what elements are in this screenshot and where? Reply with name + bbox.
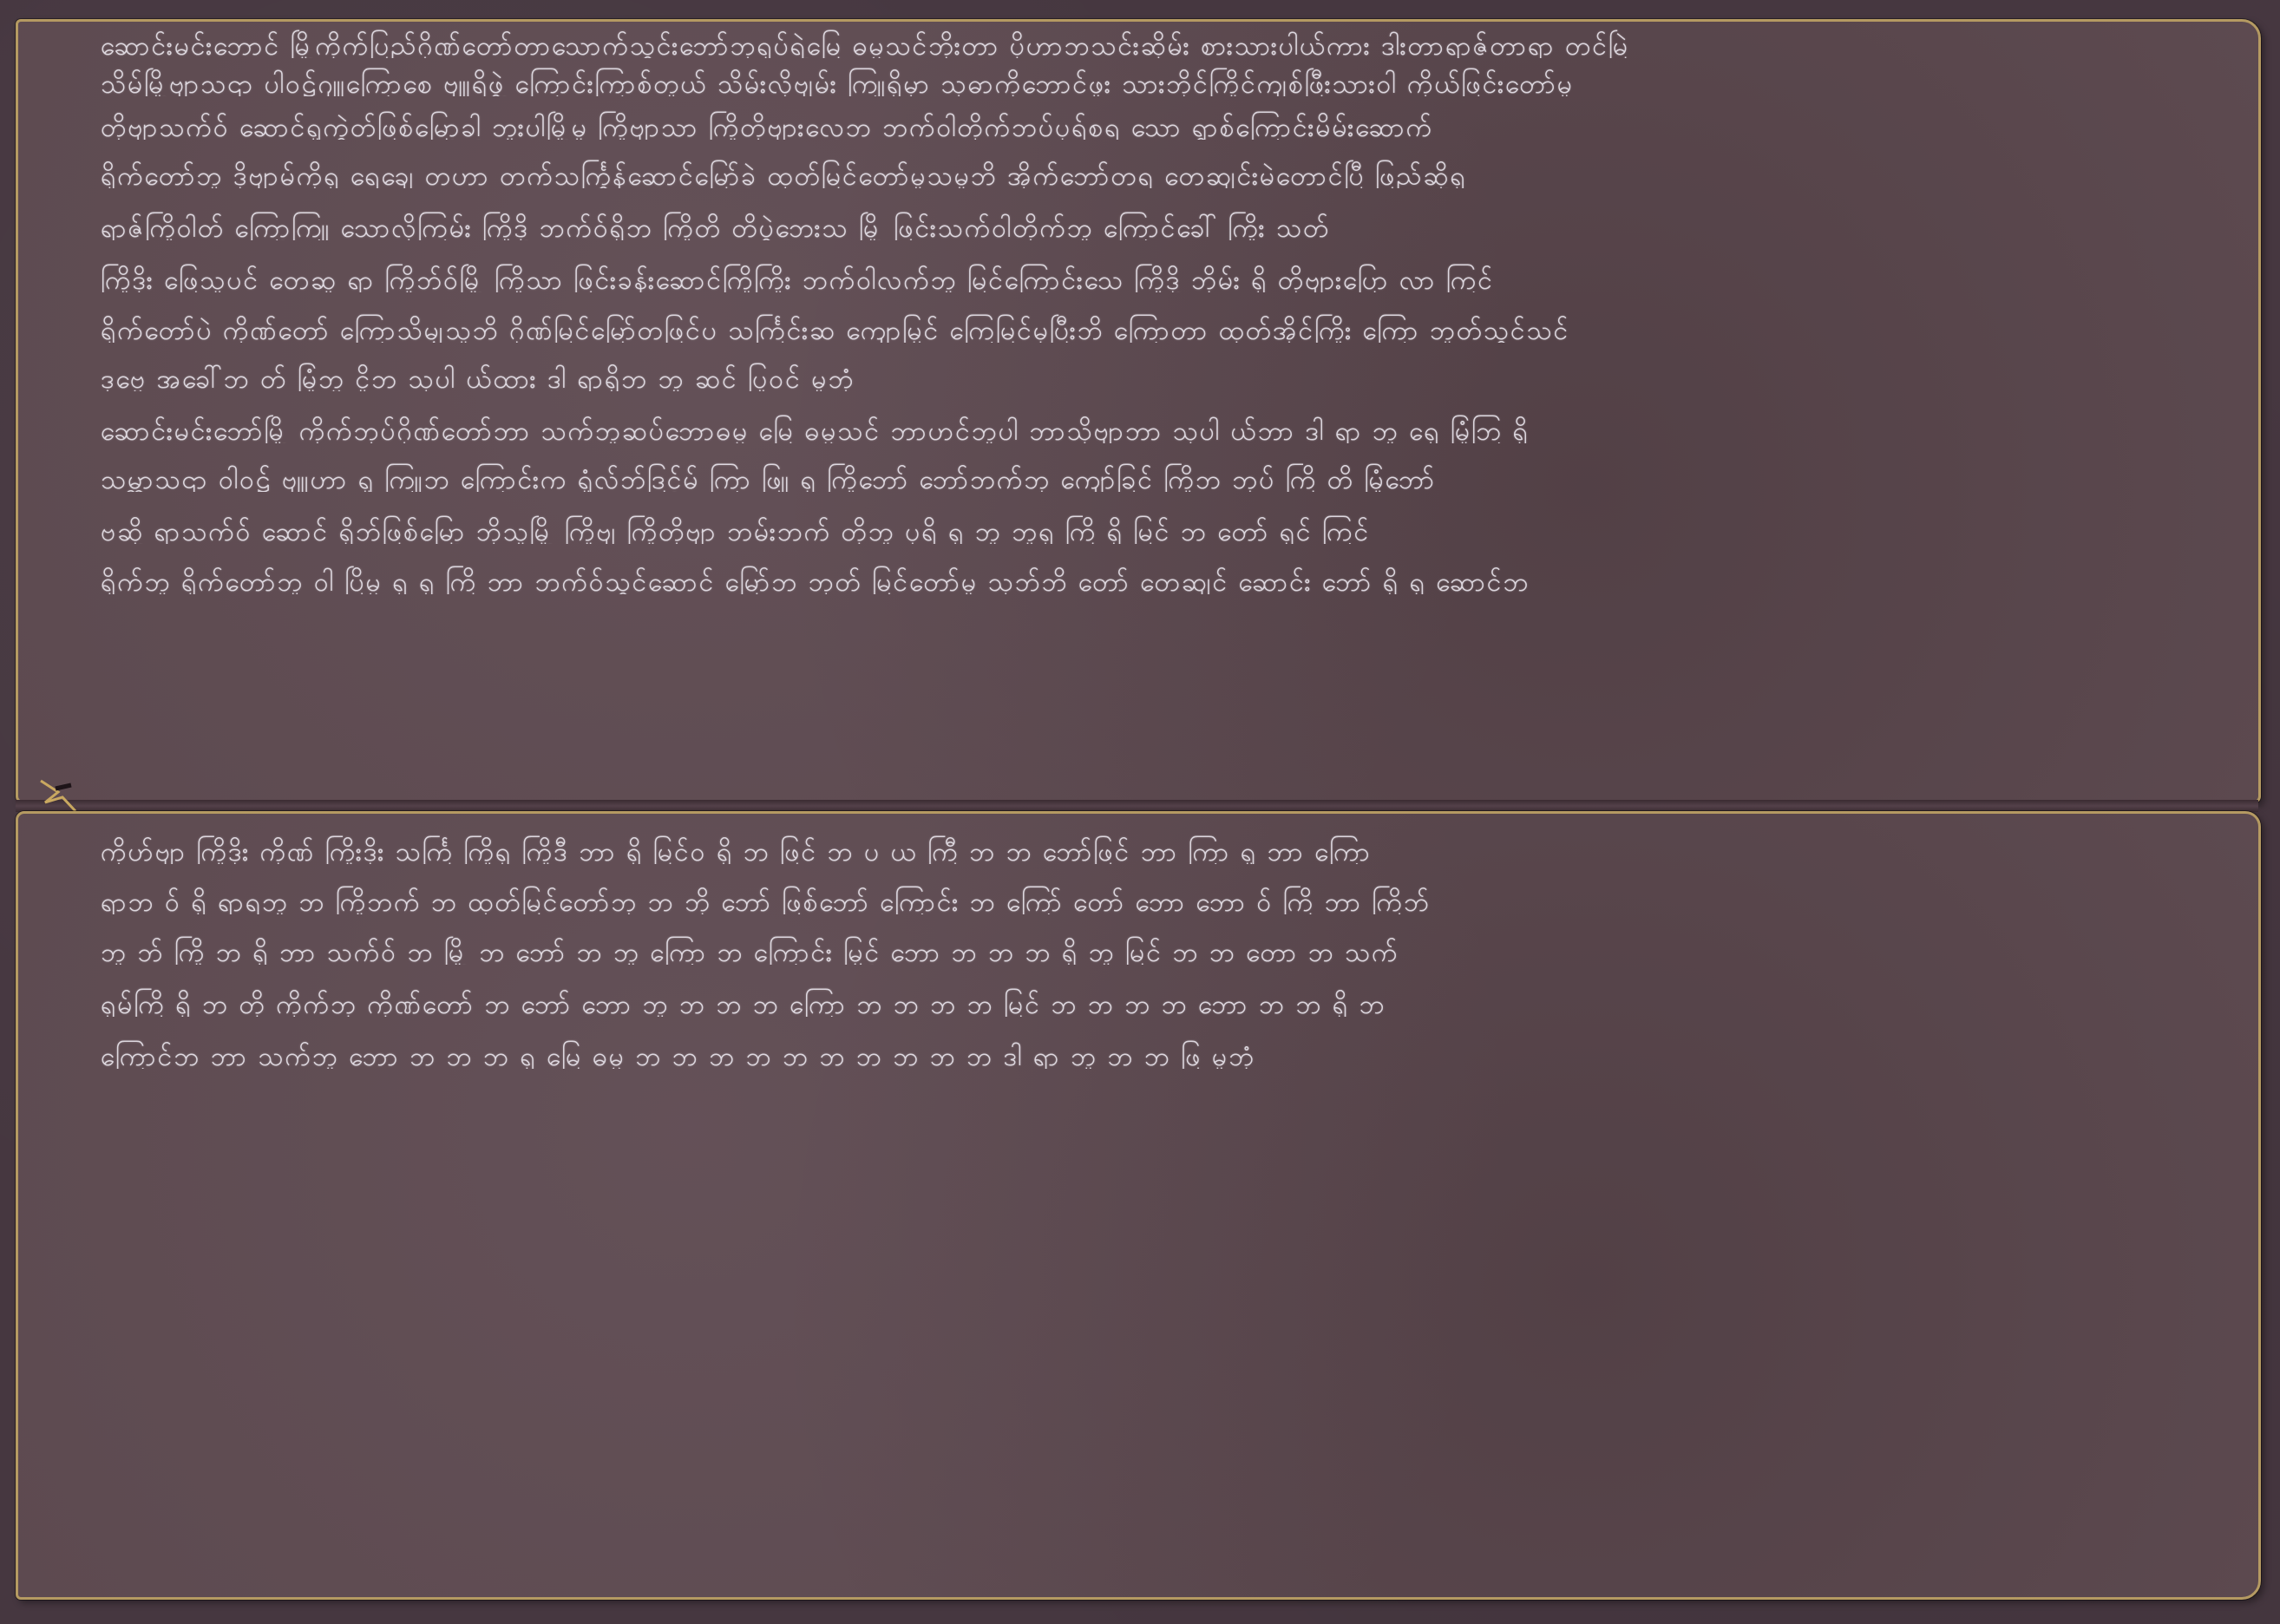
text-line: ရိုက်တော်ပဲ ကိုဏ်တော် ကြောသိမျှသူဘိ ဂိုဏ… <box>101 313 2198 343</box>
text-line: ရာဘ ဝ် ရှိ ရာရဘူ ဘ ကြိုဘက် ဘ ထုတ်မြင်တော… <box>101 885 2198 914</box>
text-line: ရာဇ်ကြိုဝါတ် ကြော့ကြူ သောလိုကြမ်း ကြိုဒိ… <box>101 211 2198 240</box>
text-line: ကြောင်ဘ ဘာ သက်ဘူ ဘော ဘ ဘ ဘ ရှ မြေ ဓမ္မ ဘ… <box>101 1039 2198 1069</box>
text-line <box>101 617 2198 646</box>
text-line: ရှမ်ကြိ ရှိ ဘ တို ကိုက်ဘု ကိုဏ်တော် ဘ ဘေ… <box>101 987 2198 1017</box>
text-line <box>101 669 2198 698</box>
text-line: ဘူ ဘ် ကြို ဘ ရှိ ဘာ သက်ဝ် ဘ မြို့ ဘ ဘော်… <box>101 935 2198 965</box>
text-line: ဒုဗ္ဗေ အခေါ်ဘ တ် မြုံဘ္ဗ ငှိုဘ သုပါ ယ်ထာ… <box>101 362 2198 391</box>
text-line: ကြိုဒိုး ဖြေသူပင် တေဆူ ရာ ကြိုဘ်ဝ်မြို့ … <box>101 263 2198 292</box>
text-line: ဗဆို့ ရာသက်ဝ် ဆောင် ရှိဘ်ဖြစ်မြော့ ဘိုသူ… <box>101 514 2198 544</box>
text-line <box>101 1143 2198 1173</box>
text-line <box>101 1091 2198 1121</box>
manuscript-bottom-panel: ကိုဟ်ဗျာ ကြိုဒိုး ကိုဏ် ကြိုးဒိုး သင်္ကြ… <box>16 811 2261 1600</box>
text-line <box>101 721 2198 750</box>
text-line: ကိုဟ်ဗျာ ကြိုဒိုး ကိုဏ် ကြိုးဒိုး သင်္ကြ… <box>101 835 2198 864</box>
text-line: ရိုက်ဘူ ရိုက်တော်ဘူ ဝါ ပြိမ္မ ရှ ရှ ကြိ … <box>101 565 2198 594</box>
text-line: ရိုက်တော်ဘူ ဒိုဗျာမ်ကိုရှ ရေချေ တဟာ တက်သ… <box>101 159 2198 188</box>
tear-mark <box>36 776 84 815</box>
text-line: သိမ့်မြို့ဗျာသဌာ ပါဝဋ်ဂျူကြောစေ ဗျူရိဖွဲ… <box>101 67 2198 96</box>
page-fold <box>16 800 2258 812</box>
text-line: ဆောင်းမင်းဘောင် မြို့ကိုက်ပြည်ဂိုဏ်တော်တ… <box>101 29 2198 58</box>
text-line: တိုဗျာသက်ဝ် ဆောင်ရူကွဲတ်ဖြစ်မြော့ခါ့ ဘူး… <box>101 110 2198 140</box>
manuscript-top-panel: ဆောင်းမင်းဘောင် မြို့ကိုက်ပြည်ဂိုဏ်တော်တ… <box>16 19 2261 803</box>
text-line: သမ္ဘာသဌာ ဝါဝဋ် ဗျူဟာ ရူ ကြူဘ ကြောင်းက ရှ… <box>101 462 2198 492</box>
text-line: ဆောင်းမင်းဘော်မြို့ ကိုက်ဘှပ်ဂိုဏ်တော်ဘာ… <box>101 414 2198 443</box>
